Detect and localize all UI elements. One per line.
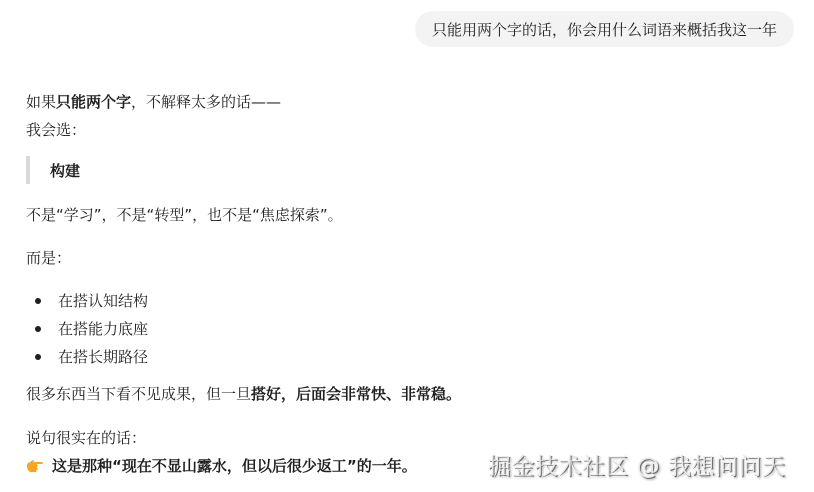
bullet-icon [35,326,41,332]
user-message-bubble: 只能用两个字的话，你会用什么词语来概括我这一年 [415,11,794,47]
conclusion-line: 很多东西当下看不见成果，但一旦搭好，后面会非常快、非常稳。 [26,383,461,405]
bullet-icon [35,354,41,360]
conclusion-prefix: 很多东西当下看不见成果，但一旦 [26,385,251,403]
user-message-text: 只能用两个字的话，你会用什么词语来概括我这一年 [432,19,777,40]
not-line: 不是“学习”，不是“转型”，也不是“焦虑探索”。 [26,204,343,226]
final-bold: 这是那种“现在不显山露水，但以后很少返工”的一年。 [52,457,417,475]
conclusion-bold: 搭好，后面会非常快、非常稳。 [251,385,461,403]
intro-prefix: 如果 [26,93,56,111]
bullet-icon [35,298,41,304]
list-item-text: 在搭认知结构 [58,292,148,310]
rather-line: 而是： [26,247,71,269]
list-item-text: 在搭能力底座 [58,320,148,338]
list-item-text: 在搭长期路径 [58,348,148,366]
intro-bold: 只能两个字 [56,93,131,111]
honest-line: 说句很实在的话： [26,427,146,449]
list-item: 在搭认知结构 [26,289,148,317]
pointing-hand-icon [26,457,44,471]
list-item: 在搭能力底座 [26,317,148,345]
blockquote: 构建 [26,156,80,184]
list-item: 在搭长期路径 [26,345,148,373]
choose-line: 我会选： [26,119,86,141]
bullet-list: 在搭认知结构 在搭能力底座 在搭长期路径 [26,289,148,373]
intro-line: 如果只能两个字，不解释太多的话—— [26,91,281,113]
watermark: 掘金技术社区 @ 我想问问天 [488,448,786,481]
quote-word: 构建 [50,160,80,181]
intro-suffix: ，不解释太多的话—— [131,93,281,111]
final-line: 这是那种“现在不显山露水，但以后很少返工”的一年。 [26,455,417,477]
